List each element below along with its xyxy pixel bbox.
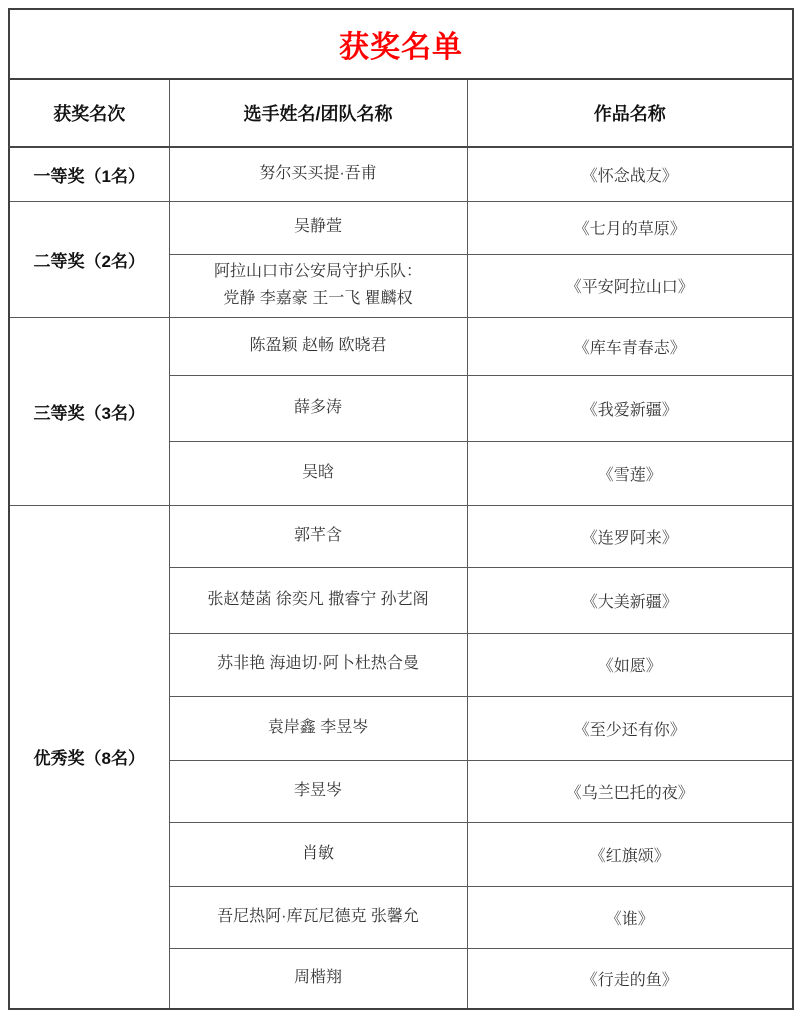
work-cell: 《红旗颂》 <box>467 822 793 886</box>
table-row: 二等奖（2名） 吴静萱 《七月的草原》 <box>9 201 793 254</box>
title-row: 获奖名单 <box>9 9 793 79</box>
work-cell: 《连罗阿来》 <box>467 505 793 567</box>
name-cell: 李昱岑 <box>169 760 467 822</box>
name-cell: 陈盈颖 赵畅 欧晓君 <box>169 317 467 375</box>
rank-cell-excellence-prize: 优秀奖（8名） <box>9 505 169 1009</box>
name-cell: 吴晗 <box>169 441 467 505</box>
column-header-work: 作品名称 <box>467 79 793 147</box>
name-cell: 肖敏 <box>169 822 467 886</box>
column-header-rank: 获奖名次 <box>9 79 169 147</box>
work-cell: 《我爱新疆》 <box>467 375 793 441</box>
name-cell: 吴静萱 <box>169 201 467 254</box>
rank-cell-third-prize: 三等奖（3名） <box>9 317 169 505</box>
name-cell: 吾尼热阿·库瓦尼德克 张馨允 <box>169 886 467 948</box>
name-cell: 苏非艳 海迪切·阿卜杜热合曼 <box>169 633 467 696</box>
page-title: 获奖名单 <box>9 9 793 79</box>
work-cell: 《谁》 <box>467 886 793 948</box>
work-cell: 《大美新疆》 <box>467 567 793 633</box>
rank-cell-second-prize: 二等奖（2名） <box>9 201 169 317</box>
work-cell: 《雪莲》 <box>467 441 793 505</box>
work-cell: 《平安阿拉山口》 <box>467 254 793 317</box>
name-cell: 周楷翔 <box>169 948 467 1009</box>
award-table: 获奖名单 获奖名次 选手姓名/团队名称 作品名称 一等奖（1名） 努尔买买提·吾… <box>8 8 794 1010</box>
work-cell: 《行走的鱼》 <box>467 948 793 1009</box>
name-cell: 薛多涛 <box>169 375 467 441</box>
name-cell: 郭芊含 <box>169 505 467 567</box>
name-cell: 袁岸鑫 李昱岑 <box>169 696 467 760</box>
work-cell: 《怀念战友》 <box>467 147 793 201</box>
work-cell: 《如愿》 <box>467 633 793 696</box>
table-row: 三等奖（3名） 陈盈颖 赵畅 欧晓君 《库车青春志》 <box>9 317 793 375</box>
name-cell: 努尔买买提·吾甫 <box>169 147 467 201</box>
table-row: 优秀奖（8名） 郭芊含 《连罗阿来》 <box>9 505 793 567</box>
name-cell: 张赵楚菡 徐奕凡 撒睿宁 孙艺阁 <box>169 567 467 633</box>
table-row: 一等奖（1名） 努尔买买提·吾甫 《怀念战友》 <box>9 147 793 201</box>
award-list-page: 获奖名单 获奖名次 选手姓名/团队名称 作品名称 一等奖（1名） 努尔买买提·吾… <box>0 0 800 1023</box>
work-cell: 《至少还有你》 <box>467 696 793 760</box>
column-header-name: 选手姓名/团队名称 <box>169 79 467 147</box>
work-cell: 《库车青春志》 <box>467 317 793 375</box>
work-cell: 《乌兰巴托的夜》 <box>467 760 793 822</box>
rank-cell-first-prize: 一等奖（1名） <box>9 147 169 201</box>
work-cell: 《七月的草原》 <box>467 201 793 254</box>
header-row: 获奖名次 选手姓名/团队名称 作品名称 <box>9 79 793 147</box>
name-cell: 阿拉山口市公安局守护乐队： 党静 李嘉豪 王一飞 瞿麟权 <box>169 254 467 317</box>
